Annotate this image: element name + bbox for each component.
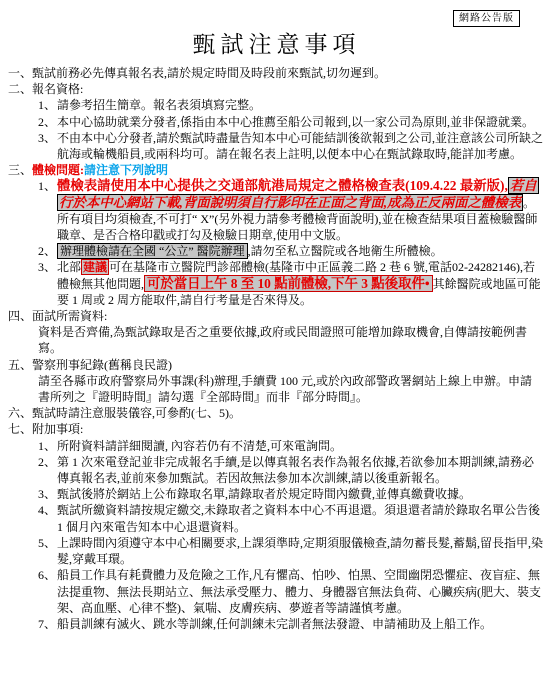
text-segment: 北部 — [57, 260, 81, 274]
block-text: 甄試後將於網站上公布錄取名單,請錄取者於規定時間內繳費,並傳真繳費收據。 — [57, 486, 545, 502]
block-text: 北部建議可在基隆市立醫院門診部體檢(基隆市中正區義二路 2 巷 6 號,電話02… — [57, 259, 545, 308]
block-label: 1、 — [38, 178, 57, 194]
block-label: 四、 — [8, 308, 32, 324]
block-label: 3、 — [38, 259, 57, 275]
text-segment: 請至各縣市政府警察局外事課(科)辦理,手續費 100 元,或於內政部警政署網站上… — [38, 374, 532, 404]
block-text: 面試所需資料: — [32, 308, 545, 324]
item-row: 2、本中心協助就業分發者,係指由本中心推薦至船公司報到,以一家公司為原則,並非保… — [38, 114, 545, 130]
block-text: 甄試所繳資料請按規定繳交,未錄取者之資料本中心不再退還。須退還者請於錄取名單公告… — [57, 502, 545, 534]
text-segment: 體檢表請使用本中心提供之交通部航港局規定之體格檢查表(109.4.22 最新版)… — [57, 178, 508, 193]
section-row: 一、甄試前務必先傳真報名表,請於規定時間及時段前來甄試,切勿遲到。 — [8, 65, 545, 81]
block-text: 甄試時請注意服裝儀容,可參酌(七、5)。 — [32, 405, 545, 421]
text-segment: 體檢問題: — [32, 163, 84, 177]
item-row: 7、船員訓練有滅火、跳水等訓練,任何訓練未完訓者無法發證、申請補助及上船工作。 — [38, 616, 545, 632]
text-segment: 附加事項: — [32, 422, 83, 436]
block-text: 警察刑事紀錄(舊稱良民證) — [32, 357, 545, 373]
block-text: 第 1 次來電登記並非完成報名手續,是以傳真報名表作為報名依據,若欲參加本期訓練… — [57, 454, 545, 486]
text-segment: 甄試後將於網站上公布錄取名單,請錄取者於規定時間內繳費,並傳真繳費收據。 — [57, 487, 471, 501]
text-segment: 可於當日上午 8 至 10 點前體檢,下午 3 點後取件• — [144, 275, 433, 292]
item-row: 2、第 1 次來電登記並非完成報名手續,是以傳真報名表作為報名依據,若欲參加本期… — [38, 454, 545, 486]
text-segment: 所附資料請詳細閱讀, 內容若仍有不清楚,可來電詢問。 — [57, 439, 342, 453]
text-segment: 本中心協助就業分發者,係指由本中心推薦至船公司報到,以一家公司為原則,並非保證就… — [57, 115, 534, 129]
page-container: 網路公告版 甄試注意事項 一、甄試前務必先傳真報名表,請於規定時間及時段前來甄試… — [0, 0, 550, 686]
block-text: 辦理體檢請在全國 “公立” 醫院辦理,請勿至私立醫院或各地衛生所體檢。 — [57, 243, 545, 259]
block-text: 上課時間內須遵守本中心相關要求,上課須準時,定期須服儀檢查,請勿蓄長髮,蓄鬍,留… — [57, 535, 545, 567]
item-row: 3、甄試後將於網站上公布錄取名單,請錄取者於規定時間內繳費,並傳真繳費收據。 — [38, 486, 545, 502]
block-text: 甄試前務必先傳真報名表,請於規定時間及時段前來甄試,切勿遲到。 — [32, 65, 545, 81]
block-text: 船員工作具有耗費體力及危險之工作,凡有懼高、怕吵、怕黑、空間幽閉恐懼症、夜盲症、… — [57, 567, 545, 616]
block-text: 船員訓練有滅火、跳水等訓練,任何訓練未完訓者無法發證、申請補助及上船工作。 — [57, 616, 545, 632]
block-text: 附加事項: — [32, 421, 545, 437]
block-label: 一、 — [8, 65, 32, 81]
announcement-badge: 網路公告版 — [453, 10, 520, 27]
block-text: 資料是否齊備,為甄試錄取是否之重要依據,政府或民間證照可能增加錄取機會,自傳請按… — [38, 324, 543, 356]
block-text: 體檢問題:請注意下列說明 — [32, 162, 545, 178]
block-label: 2、 — [38, 243, 57, 259]
item-row: 6、船員工作具有耗費體力及危險之工作,凡有懼高、怕吵、怕黑、空間幽閉恐懼症、夜盲… — [38, 567, 545, 616]
block-label: 5、 — [38, 535, 57, 551]
text-segment: 資料是否齊備,為甄試錄取是否之重要依據,政府或民間證照可能增加錄取機會,自傳請按… — [38, 325, 527, 355]
block-text: 不由本中心分發者,請於甄試時盡量告知本中心可能結訓後欲報到之公司,並注意該公司所… — [57, 130, 545, 162]
text-segment: 請注意下列說明 — [84, 163, 168, 177]
block-text: 報名資格: — [32, 81, 545, 97]
block-label: 3、 — [38, 130, 57, 146]
block-label: 1、 — [38, 438, 57, 454]
item-row: 1、體檢表請使用本中心提供之交通部航港局規定之體格檢查表(109.4.22 最新… — [38, 178, 545, 243]
block-text: 請至各縣市政府警察局外事課(科)辦理,手續費 100 元,或於內政部警政署網站上… — [38, 373, 543, 405]
item-row: 4、甄試所繳資料請按規定繳交,未錄取者之資料本中心不再退還。須退還者請於錄取名單… — [38, 502, 545, 534]
text-segment: 建議 — [81, 259, 109, 275]
block-label: 3、 — [38, 486, 57, 502]
block-text: 請參考招生簡章。報名表須填寫完整。 — [57, 97, 545, 113]
section-row: 七、附加事項: — [8, 421, 545, 437]
text-segment: 面試所需資料: — [32, 309, 107, 323]
block-label: 7、 — [38, 616, 57, 632]
desc-row: 請至各縣市政府警察局外事課(科)辦理,手續費 100 元,或於內政部警政署網站上… — [38, 373, 545, 405]
block-label: 2、 — [38, 114, 57, 130]
page-title: 甄試注意事項 — [8, 26, 545, 59]
text-segment: 甄試所繳資料請按規定繳交,未錄取者之資料本中心不再退還。須退還者請於錄取名單公告… — [57, 503, 540, 533]
item-row: 3、不由本中心分發者,請於甄試時盡量告知本中心可能結訓後欲報到之公司,並注意該公… — [38, 130, 545, 162]
text-segment: ,請勿至私立醫院或各地衛生所體檢。 — [248, 244, 443, 258]
text-segment: 請參考招生簡章。報名表須填寫完整。 — [57, 98, 261, 112]
block-label: 三、 — [8, 162, 32, 178]
item-row: 2、辦理體檢請在全國 “公立” 醫院辦理,請勿至私立醫院或各地衛生所體檢。 — [38, 243, 545, 259]
text-segment: 警察刑事紀錄(舊稱良民證) — [32, 358, 172, 372]
section-row: 六、甄試時請注意服裝儀容,可參酌(七、5)。 — [8, 405, 545, 421]
block-label: 4、 — [38, 502, 57, 518]
block-label: 1、 — [38, 97, 57, 113]
section-row: 三、體檢問題:請注意下列說明 — [8, 162, 545, 178]
block-label: 六、 — [8, 405, 32, 421]
block-text: 所附資料請詳細閱讀, 內容若仍有不清楚,可來電詢問。 — [57, 438, 545, 454]
text-segment: 報名資格: — [32, 82, 83, 96]
text-segment: 辦理體檢請在全國 “公立” 醫院辦理 — [57, 243, 248, 259]
document-body: 一、甄試前務必先傳真報名表,請於規定時間及時段前來甄試,切勿遲到。二、報名資格:… — [8, 65, 545, 632]
text-segment: 甄試時請注意服裝儀容,可參酌(七、5)。 — [32, 406, 241, 420]
block-label: 2、 — [38, 454, 57, 470]
block-text: 本中心協助就業分發者,係指由本中心推薦至船公司報到,以一家公司為原則,並非保證就… — [57, 114, 545, 130]
text-segment: 船員工作具有耗費體力及危險之工作,凡有懼高、怕吵、怕黑、空間幽閉恐懼症、夜盲症、… — [57, 568, 541, 614]
block-text: 體檢表請使用本中心提供之交通部航港局規定之體格檢查表(109.4.22 最新版)… — [57, 178, 545, 243]
item-row: 5、上課時間內須遵守本中心相關要求,上課須準時,定期須服儀檢查,請勿蓄長髮,蓄鬍… — [38, 535, 545, 567]
text-segment: 不由本中心分發者,請於甄試時盡量告知本中心可能結訓後欲報到之公司,並注意該公司所… — [57, 131, 543, 161]
item-row: 3、北部建議可在基隆市立醫院門診部體檢(基隆市中正區義二路 2 巷 6 號,電話… — [38, 259, 545, 308]
item-row: 1、所附資料請詳細閱讀, 內容若仍有不清楚,可來電詢問。 — [38, 438, 545, 454]
section-row: 四、面試所需資料: — [8, 308, 545, 324]
section-row: 二、報名資格: — [8, 81, 545, 97]
text-segment: 甄試前務必先傳真報名表,請於規定時間及時段前來甄試,切勿遲到。 — [32, 66, 386, 80]
section-row: 五、警察刑事紀錄(舊稱良民證) — [8, 357, 545, 373]
block-label: 6、 — [38, 567, 57, 583]
text-segment: 船員訓練有滅火、跳水等訓練,任何訓練未完訓者無法發證、申請補助及上船工作。 — [57, 617, 492, 631]
block-label: 二、 — [8, 81, 32, 97]
block-label: 七、 — [8, 421, 32, 437]
block-label: 五、 — [8, 357, 32, 373]
desc-row: 資料是否齊備,為甄試錄取是否之重要依據,政府或民間證照可能增加錄取機會,自傳請按… — [38, 324, 545, 356]
text-segment: 上課時間內須遵守本中心相關要求,上課須準時,定期須服儀檢查,請勿蓄長髮,蓄鬍,留… — [57, 536, 543, 566]
text-segment: 第 1 次來電登記並非完成報名手續,是以傳真報名表作為報名依據,若欲參加本期訓練… — [57, 455, 534, 485]
item-row: 1、請參考招生簡章。報名表須填寫完整。 — [38, 97, 545, 113]
